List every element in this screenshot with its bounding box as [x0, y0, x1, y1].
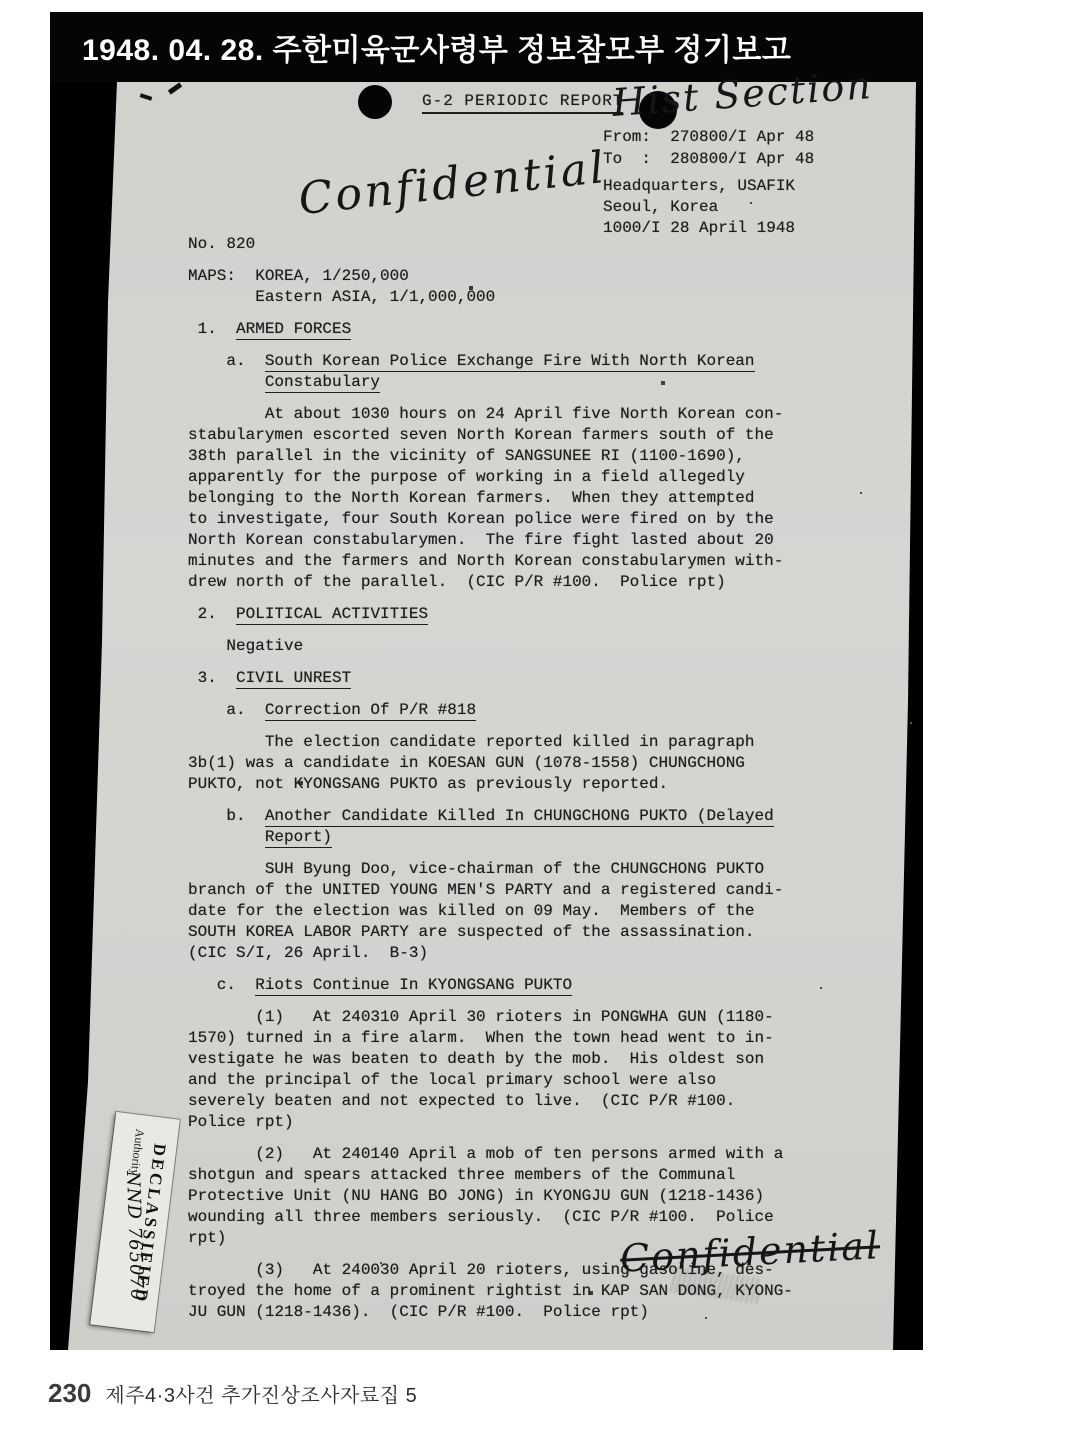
hq-line: Headquarters, USAFIK — [603, 176, 795, 197]
heading-line: b. Another Candidate Killed In CHUNGCHON… — [188, 806, 898, 827]
text-line: 3b(1) was a candidate in KOESAN GUN (107… — [188, 753, 898, 774]
doc-heading: b. Another Candidate Killed In CHUNGCHON… — [188, 806, 898, 848]
text-line: shotgun and spears attacked three member… — [188, 1165, 898, 1186]
doc-heading: 2. POLITICAL ACTIVITIES — [188, 604, 898, 625]
text-line: date for the election was killed on 09 M… — [188, 901, 898, 922]
heading-indent: 3. — [188, 669, 236, 687]
document-body: No. 820MAPS: KOREA, 1/250,000 Eastern AS… — [188, 234, 898, 1323]
paragraph: SUH Byung Doo, vice-chairman of the CHUN… — [188, 859, 898, 964]
report-period: From: 270800/I Apr 48 To : 280800/I Apr … — [603, 126, 814, 170]
doc-heading: 1. ARMED FORCES — [188, 319, 898, 340]
page-number: 230 — [48, 1378, 91, 1409]
text-line: apparently for the purpose of working in… — [188, 467, 898, 488]
paragraph: No. 820 — [188, 234, 898, 255]
heading-line: 1. ARMED FORCES — [188, 319, 898, 340]
heading-title: ARMED FORCES — [236, 320, 351, 340]
doc-heading: 3. CIVIL UNREST — [188, 668, 898, 689]
stamp-authority-number: NND 765070 — [122, 1171, 148, 1302]
text-line: Police rpt) — [188, 1112, 898, 1133]
report-title: G-2 PERIODIC REPORT — [422, 92, 623, 114]
heading-title: Correction Of P/R #818 — [265, 701, 476, 721]
heading-indent — [188, 828, 265, 846]
heading-line: 3. CIVIL UNREST — [188, 668, 898, 689]
text-line: branch of the UNITED YOUNG MEN'S PARTY a… — [188, 880, 898, 901]
heading-line: 2. POLITICAL ACTIVITIES — [188, 604, 898, 625]
text-line: (1) At 240310 April 30 rioters in PONGWH… — [188, 1007, 898, 1028]
text-line: (2) At 240140 April a mob of ten persons… — [188, 1144, 898, 1165]
text-line: MAPS: KOREA, 1/250,000 — [188, 266, 898, 287]
text-line: vestigate he was beaten to death by the … — [188, 1049, 898, 1070]
text-line: Negative — [188, 636, 898, 657]
heading-line: Constabulary — [188, 372, 898, 393]
text-line: No. 820 — [188, 234, 898, 255]
book-title: 제주4·3사건 추가진상조사자료집 5 — [105, 1379, 417, 1408]
text-line: and the principal of the local primary s… — [188, 1070, 898, 1091]
text-line: minutes and the farmers and North Korean… — [188, 551, 898, 572]
text-line: JU GUN (1218-1436). (CIC P/R #100. Polic… — [188, 1302, 898, 1323]
heading-indent: c. — [188, 976, 255, 994]
text-line: The election candidate reported killed i… — [188, 732, 898, 753]
heading-line: c. Riots Continue In KYONGSANG PUKTO — [188, 975, 898, 996]
heading-title: Another Candidate Killed In CHUNGCHONG P… — [265, 807, 774, 827]
from-line: From: 270800/I Apr 48 — [603, 126, 814, 148]
pen-mark — [140, 86, 186, 102]
text-line: At about 1030 hours on 24 April five Nor… — [188, 404, 898, 425]
text-line: wounding all three members seriously. (C… — [188, 1207, 898, 1228]
paragraph: The election candidate reported killed i… — [188, 732, 898, 795]
text-line: belonging to the North Korean farmers. W… — [188, 488, 898, 509]
page-title: 1948. 04. 28. 주한미육군사령부 정보참모부 정기보고 — [50, 25, 791, 69]
paragraph: (1) At 240310 April 30 rioters in PONGWH… — [188, 1007, 898, 1133]
heading-indent: b. — [188, 807, 265, 825]
hq-line: Seoul, Korea — [603, 197, 795, 218]
heading-line: a. Correction Of P/R #818 — [188, 700, 898, 721]
doc-heading: a. South Korean Police Exchange Fire Wit… — [188, 351, 898, 393]
text-line: Eastern ASIA, 1/1,000,000 — [188, 287, 898, 308]
doc-heading: a. Correction Of P/R #818 — [188, 700, 898, 721]
heading-indent: 2. — [188, 605, 236, 623]
book-footer: 230 제주4·3사건 추가진상조사자료집 5 — [48, 1378, 417, 1409]
text-line: 38th parallel in the vicinity of SANGSUN… — [188, 446, 898, 467]
heading-title: South Korean Police Exchange Fire With N… — [265, 352, 755, 372]
text-line: to investigate, four South Korean police… — [188, 509, 898, 530]
to-line: To : 280800/I Apr 48 — [603, 148, 814, 170]
doc-heading: c. Riots Continue In KYONGSANG PUKTO — [188, 975, 898, 996]
paragraph: Negative — [188, 636, 898, 657]
heading-indent — [188, 373, 265, 391]
heading-indent: a. — [188, 352, 265, 370]
heading-title: Constabulary — [265, 373, 380, 393]
text-line: 1570) turned in a fire alarm. When the t… — [188, 1028, 898, 1049]
text-line: North Korean constabularymen. The fire f… — [188, 530, 898, 551]
heading-title: POLITICAL ACTIVITIES — [236, 605, 428, 625]
heading-title: Riots Continue In KYONGSANG PUKTO — [255, 976, 572, 996]
heading-line: Report) — [188, 827, 898, 848]
paragraph: At about 1030 hours on 24 April five Nor… — [188, 404, 898, 593]
scan-noise — [50, 82, 52, 84]
text-line: drew north of the parallel. (CIC P/R #10… — [188, 572, 898, 593]
text-line: severely beaten and not expected to live… — [188, 1091, 898, 1112]
heading-title: Report) — [265, 828, 332, 848]
headquarters-block: Headquarters, USAFIK Seoul, Korea 1000/I… — [603, 176, 795, 239]
text-line: troyed the home of a prominent rightist … — [188, 1281, 898, 1302]
paragraph: MAPS: KOREA, 1/250,000 Eastern ASIA, 1/1… — [188, 266, 898, 308]
text-line: PUKTO, not KYONGSANG PUKTO as previously… — [188, 774, 898, 795]
text-line: SUH Byung Doo, vice-chairman of the CHUN… — [188, 859, 898, 880]
text-line: SOUTH KOREA LABOR PARTY are suspected of… — [188, 922, 898, 943]
heading-indent: 1. — [188, 320, 236, 338]
text-line: Protective Unit (NU HANG BO JONG) in KYO… — [188, 1186, 898, 1207]
heading-title: CIVIL UNREST — [236, 669, 351, 689]
heading-line: a. South Korean Police Exchange Fire Wit… — [188, 351, 898, 372]
text-line: stabularymen escorted seven North Korean… — [188, 425, 898, 446]
text-line: (CIC S/I, 26 April. B-3) — [188, 943, 898, 964]
heading-indent: a. — [188, 701, 265, 719]
scanned-document: G-2 PERIODIC REPORT Hist Section From: 2… — [50, 82, 923, 1350]
punch-hole-icon — [358, 85, 392, 119]
